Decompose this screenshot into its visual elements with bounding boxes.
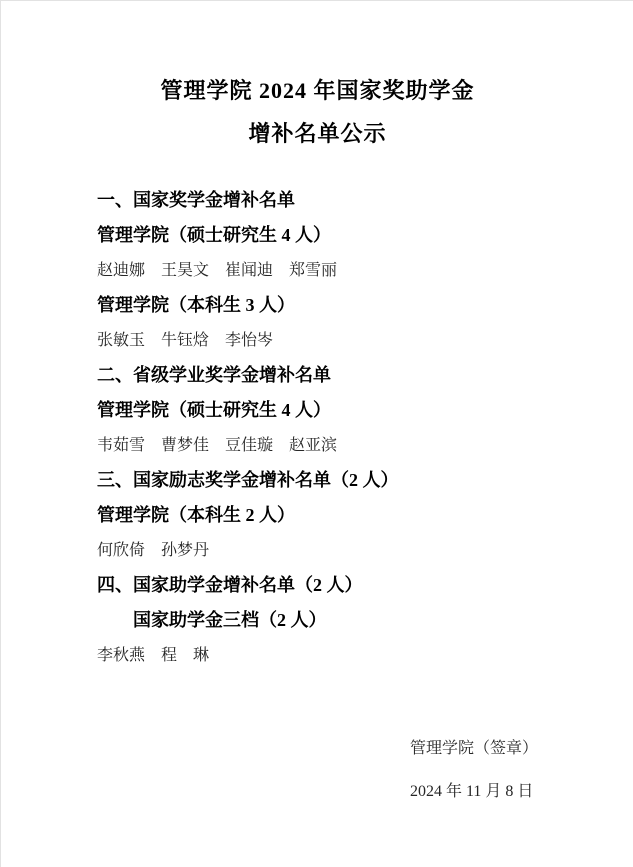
section-heading-2: 二、省级学业奖学金增补名单 bbox=[97, 365, 538, 386]
section-heading-4: 四、国家助学金增补名单（2 人） bbox=[97, 575, 538, 596]
group-subheading: 管理学院（硕士研究生 4 人） bbox=[97, 400, 538, 421]
group-subheading: 管理学院（本科生 3 人） bbox=[97, 295, 538, 316]
group-subheading: 国家助学金三档（2 人） bbox=[133, 610, 538, 631]
announcement-document: 管理学院 2024 年国家奖助学金 增补名单公示 一、国家奖学金增补名单 管理学… bbox=[1, 1, 633, 802]
name-list: 张敏玉 牛钰焓 李怡岑 bbox=[97, 330, 538, 351]
document-body: 一、国家奖学金增补名单 管理学院（硕士研究生 4 人） 赵迪娜 王昊文 崔闻迪 … bbox=[97, 190, 538, 666]
name-list: 韦茹雪 曹梦佳 豆佳璇 赵亚滨 bbox=[97, 435, 538, 456]
group-subheading: 管理学院（本科生 2 人） bbox=[97, 505, 538, 526]
name-list: 何欣倚 孙梦丹 bbox=[97, 540, 538, 561]
date-line: 2024 年 11 月 8 日 bbox=[410, 781, 538, 802]
name-list: 李秋燕 程 琳 bbox=[97, 645, 538, 666]
document-footer: 管理学院（签章） 2024 年 11 月 8 日 bbox=[410, 738, 538, 802]
name-list: 赵迪娜 王昊文 崔闻迪 郑雪丽 bbox=[97, 260, 538, 281]
section-heading-3: 三、国家励志奖学金增补名单（2 人） bbox=[97, 470, 538, 491]
document-title-line-1: 管理学院 2024 年国家奖助学金 bbox=[97, 78, 538, 104]
document-title-line-2: 增补名单公示 bbox=[97, 121, 538, 147]
section-heading-1: 一、国家奖学金增补名单 bbox=[97, 190, 538, 211]
signature-line: 管理学院（签章） bbox=[410, 738, 538, 759]
group-subheading: 管理学院（硕士研究生 4 人） bbox=[97, 225, 538, 246]
document-page: { "document": { "title_line1": "管理学院 202… bbox=[0, 0, 633, 867]
